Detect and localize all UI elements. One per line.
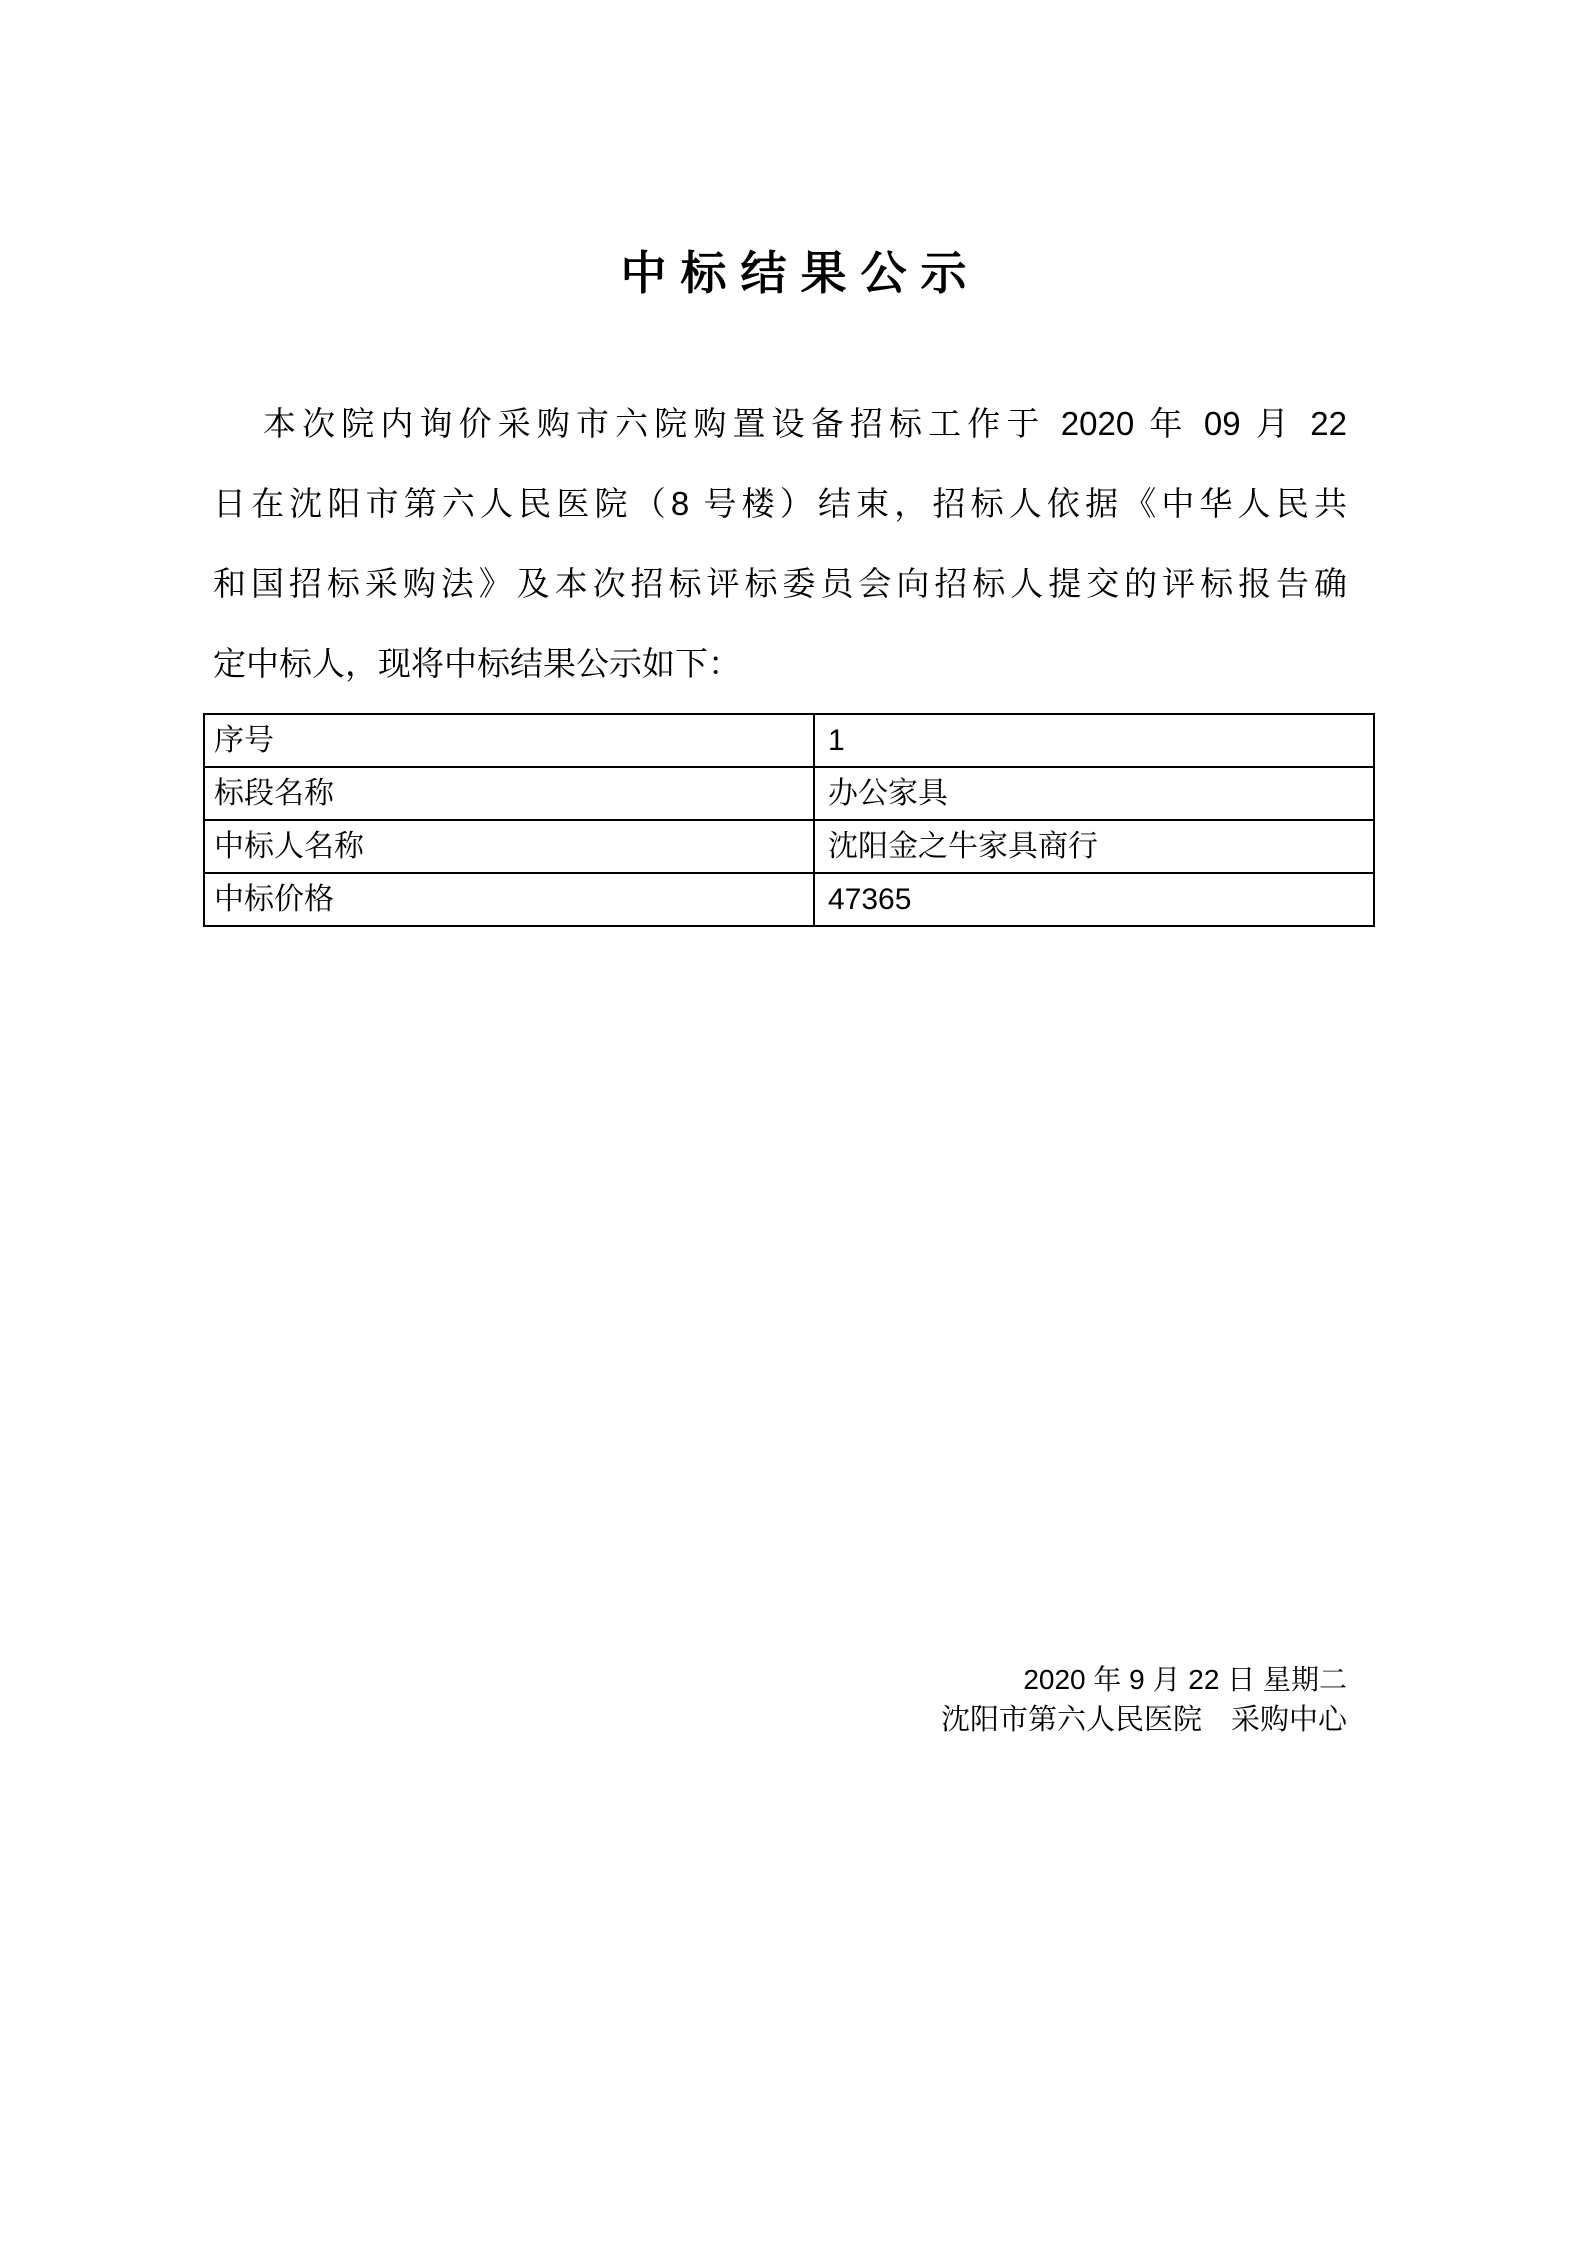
row-value-winning-price: 47365 bbox=[814, 873, 1374, 926]
row-label-serial: 序号 bbox=[204, 714, 814, 767]
row-value-winner-name: 沈阳金之牛家具商行 bbox=[814, 820, 1374, 873]
table-row-section-name: 标段名称 办公家具 bbox=[204, 767, 1374, 820]
row-value-section-name: 办公家具 bbox=[814, 767, 1374, 820]
footer-date-line: 2020 年 9 月 22 日 星期二 bbox=[213, 1660, 1347, 1700]
row-label-winning-price: 中标价格 bbox=[204, 873, 814, 926]
paragraph-line-3: 和国招标采购法》及本次招标评标委员会向招标人提交的评标报告确 bbox=[213, 544, 1347, 624]
paragraph-line-1: 本次院内询价采购市六院购置设备招标工作于 2020 年 09 月 22 bbox=[213, 384, 1347, 464]
paragraph-line-2: 日在沈阳市第六人民医院（8 号楼）结束，招标人依据《中华人民共 bbox=[213, 464, 1347, 544]
document-page: 中标结果公示 本次院内询价采购市六院购置设备招标工作于 2020 年 09 月 … bbox=[0, 0, 1587, 2245]
signature-block: 2020 年 9 月 22 日 星期二 沈阳市第六人民医院 采购中心 bbox=[213, 1660, 1347, 1740]
footer-signature-line: 沈阳市第六人民医院 采购中心 bbox=[213, 1700, 1347, 1740]
table-row-winner-name: 中标人名称 沈阳金之牛家具商行 bbox=[204, 820, 1374, 873]
paragraph-line-4: 定中标人，现将中标结果公示如下： bbox=[213, 624, 1347, 704]
table-row-winning-price: 中标价格 47365 bbox=[204, 873, 1374, 926]
row-label-section-name: 标段名称 bbox=[204, 767, 814, 820]
table-row-serial: 序号 1 bbox=[204, 714, 1374, 767]
row-label-winner-name: 中标人名称 bbox=[204, 820, 814, 873]
announcement-paragraph: 本次院内询价采购市六院购置设备招标工作于 2020 年 09 月 22 日在沈阳… bbox=[213, 384, 1347, 704]
document-title: 中标结果公示 bbox=[0, 243, 1587, 303]
row-value-serial: 1 bbox=[814, 714, 1374, 767]
bid-result-table: 序号 1 标段名称 办公家具 中标人名称 沈阳金之牛家具商行 中标价格 4736… bbox=[203, 713, 1375, 927]
